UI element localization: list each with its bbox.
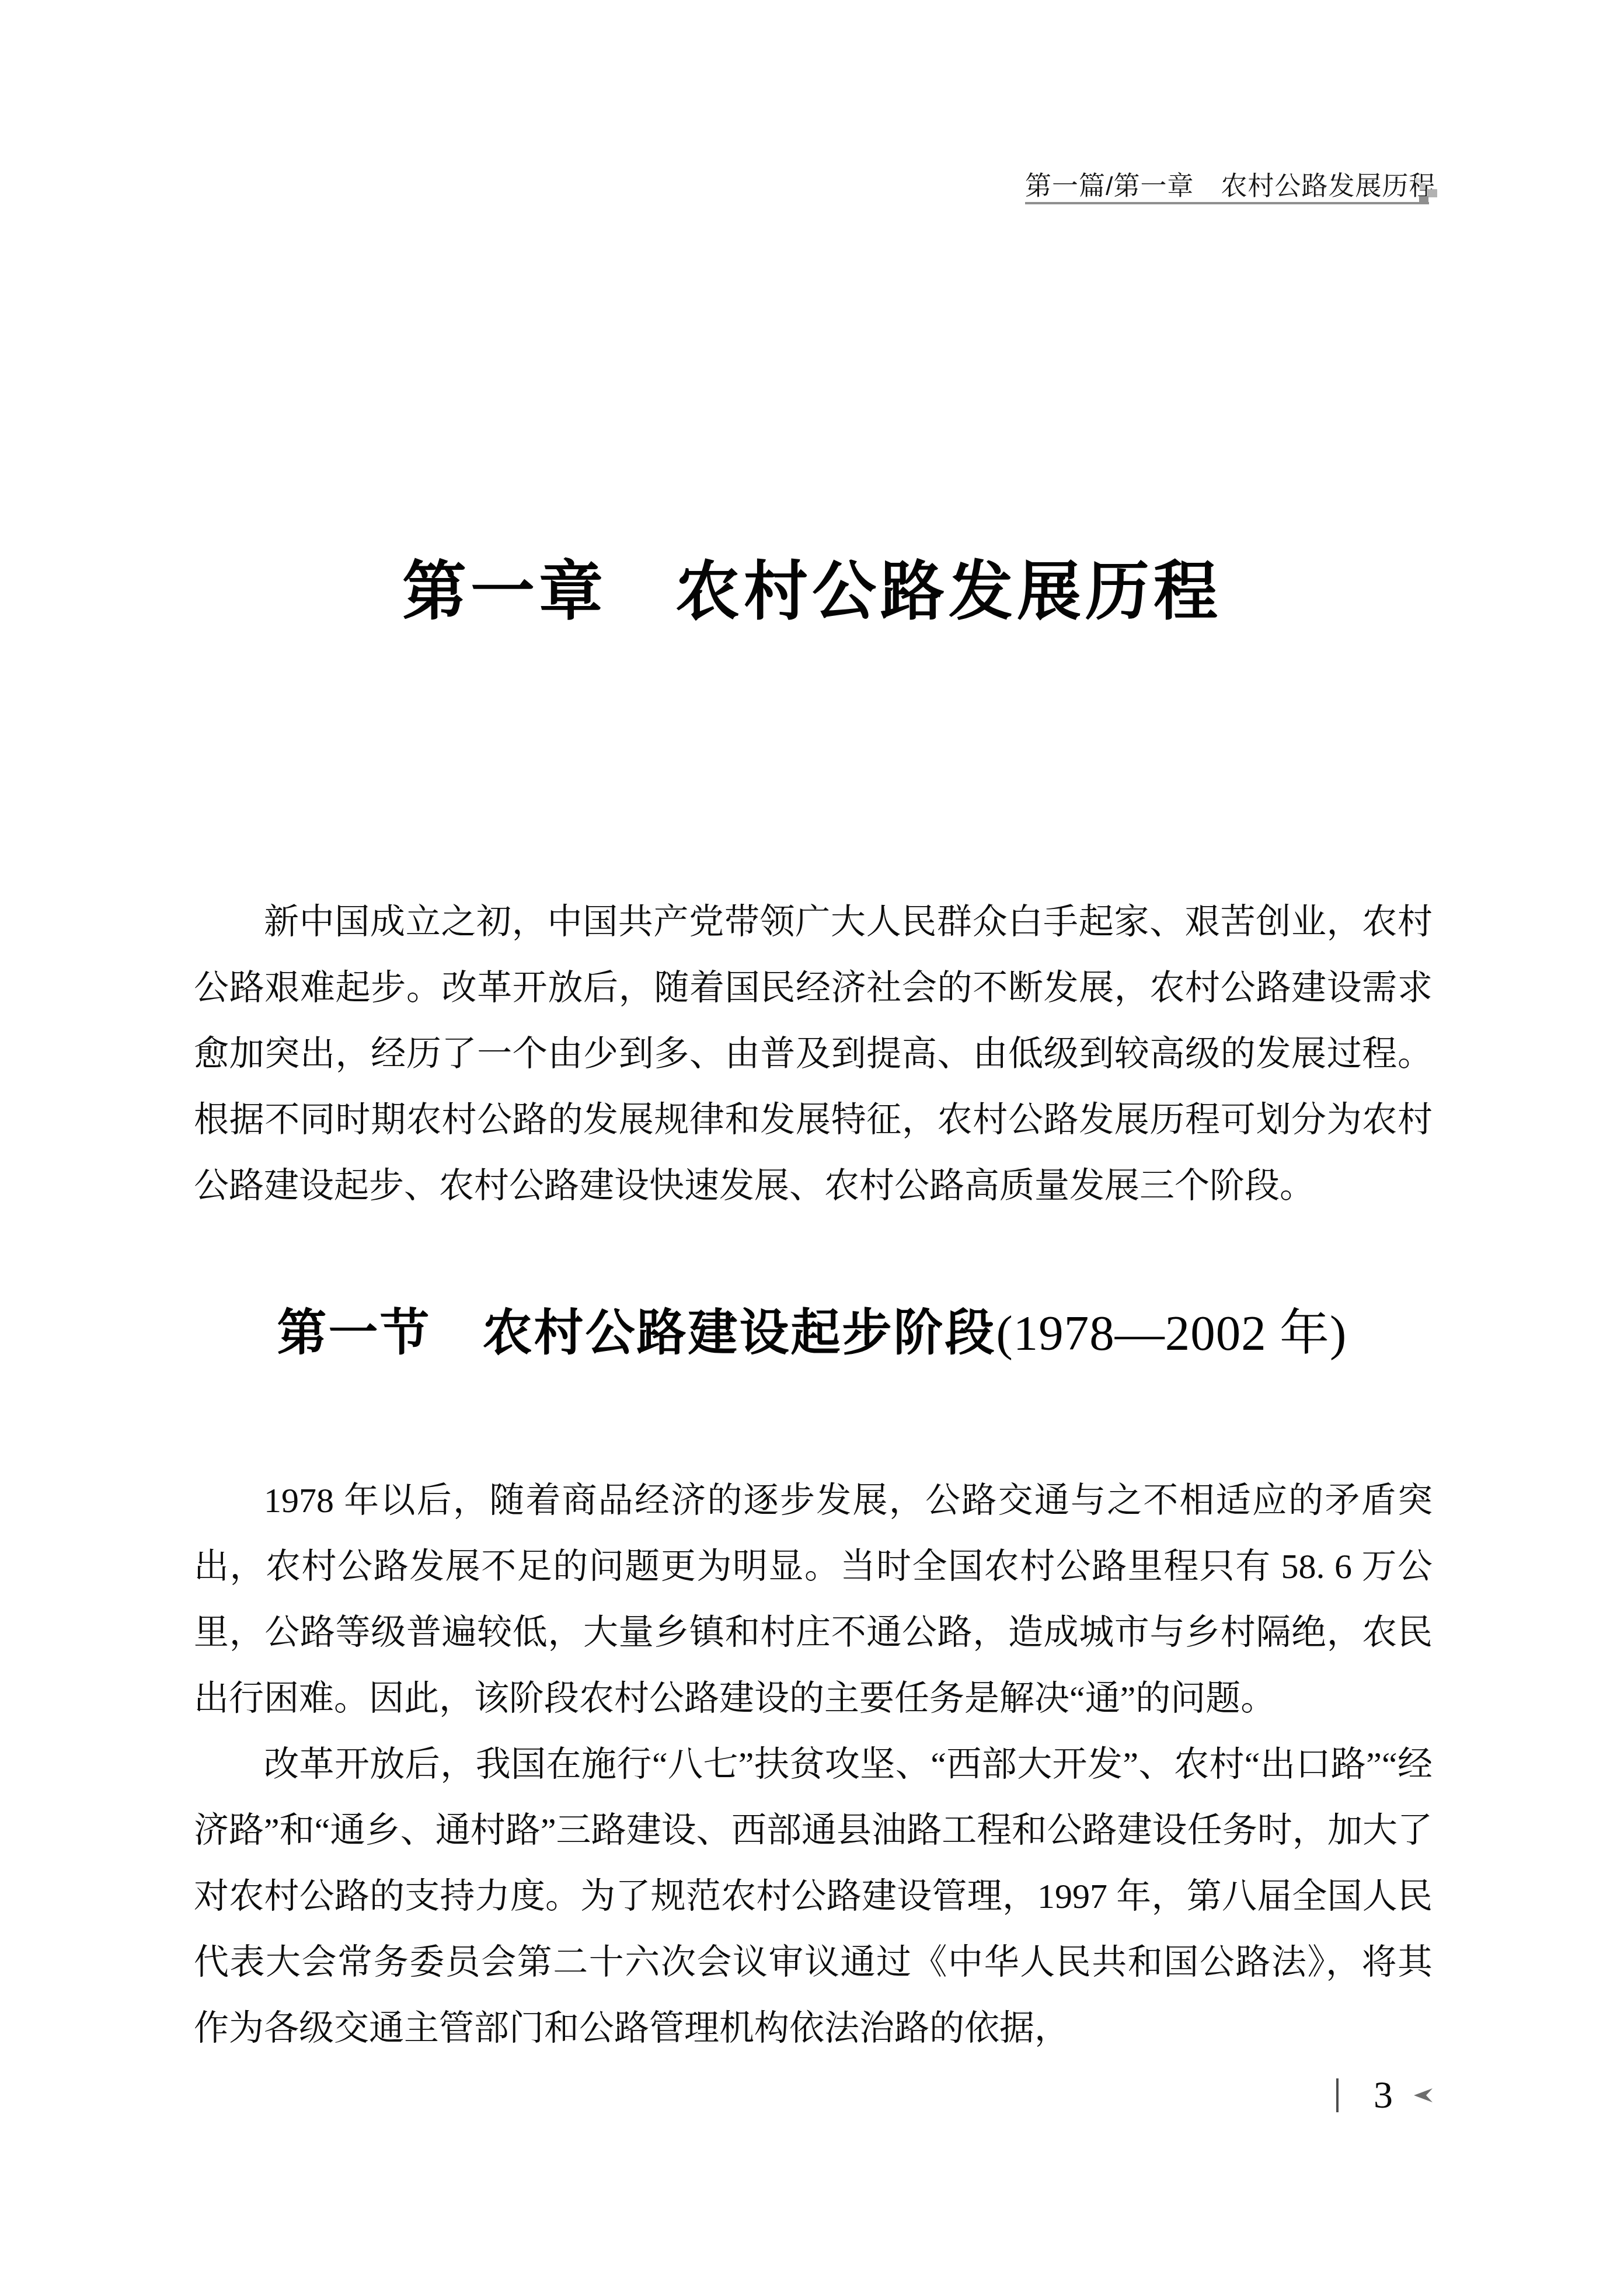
footer-divider-bar	[1336, 2078, 1339, 2112]
page-number: 3	[1374, 2077, 1393, 2113]
section-body: 1978 年以后，随着商品经济的逐步发展，公路交通与之不相适应的矛盾突出，农村公…	[194, 1468, 1433, 2061]
intro-paragraph: 新中国成立之初，中国共产党带领广大人民群众白手起家、艰苦创业，农村公路艰难起步。…	[194, 889, 1433, 1219]
book-page: 第一篇/第一章 农村公路发展历程 第一章 农村公路发展历程 新中国成立之初，中国…	[0, 0, 1624, 2295]
stair-steps-icon	[1415, 178, 1438, 205]
section-title-main: 第一节 农村公路建设起步阶段	[277, 1306, 996, 1361]
chapter-intro: 新中国成立之初，中国共产党带领广大人民群众白手起家、艰苦创业，农村公路艰难起步。…	[194, 889, 1433, 1219]
left-arrow-icon	[1414, 2087, 1433, 2104]
body-paragraph: 改革开放后，我国在施行“八七”扶贫攻坚、“西部大开发”、农村“出口路”“经济路”…	[194, 1732, 1433, 2061]
section-title-year-range: (1978—2002 年)	[996, 1306, 1347, 1361]
section-title: 第一节 农村公路建设起步阶段(1978—2002 年)	[0, 1301, 1624, 1366]
chapter-title: 第一章 农村公路发展历程	[0, 556, 1624, 628]
body-paragraph: 1978 年以后，随着商品经济的逐步发展，公路交通与之不相适应的矛盾突出，农村公…	[194, 1468, 1433, 1732]
running-header: 第一篇/第一章 农村公路发展历程	[1025, 172, 1429, 204]
running-header-title: 第一篇/第一章 农村公路发展历程	[1025, 171, 1436, 201]
page-footer: 3	[1336, 2077, 1433, 2113]
